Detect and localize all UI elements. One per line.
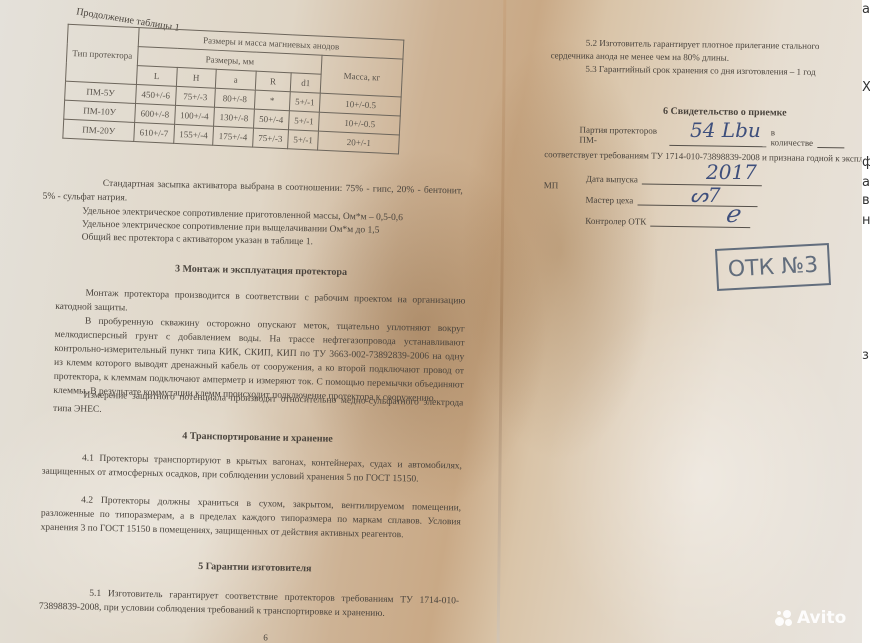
cell-a: 175+/-4 <box>213 126 253 147</box>
otk-signature: ℯ <box>725 200 739 228</box>
document-photo: Продолжение таблицы 1 Тип протектора Раз… <box>0 0 870 643</box>
quantity-label: в количестве <box>771 127 815 148</box>
cell-L: 600+/-8 <box>135 104 175 125</box>
cell-mass: 20+/-1 <box>318 131 400 154</box>
cell-R: 50+/-4 <box>253 109 289 130</box>
col-a: a <box>216 69 256 90</box>
strip-glyph: в <box>862 193 870 208</box>
col-R: R <box>255 71 291 92</box>
batch-handwriting: 54 Lbu <box>690 118 761 142</box>
cell-R: 75+/-3 <box>252 128 288 149</box>
background-page-strip: а Х ф а в н з <box>862 0 870 643</box>
release-date-handwriting: 2017 <box>706 160 757 184</box>
cell-H: 100+/-4 <box>174 105 214 126</box>
anode-spec-table: Тип протектора Размеры и масса магниевых… <box>62 24 404 155</box>
col-H: H <box>176 67 216 88</box>
conformity-text: соответствует требованиям ТУ 1714-010-73… <box>544 148 864 165</box>
mp-text: МП <box>544 180 559 190</box>
shop-master-signature: ᔕ7 <box>690 183 721 207</box>
avito-logo-icon <box>773 609 793 627</box>
right-page: 5.2 Изготовитель гарантирует плотное при… <box>497 0 846 643</box>
left-page: Продолжение таблицы 1 Тип протектора Раз… <box>0 0 507 643</box>
section5-title: 5 Гарантии изготовителя <box>55 558 455 577</box>
otk-controller-label: Контролер ОТК <box>585 216 646 227</box>
otk-stamp: ОТК №3 <box>715 243 831 291</box>
section5-p1: 5.1 Изготовитель гарантирует соответстви… <box>39 586 459 623</box>
section4-title: 4 Транспортирование и хранение <box>57 428 457 447</box>
col-L: L <box>136 66 176 87</box>
section4-p2: 4.2 Протекторы должны храниться в сухом,… <box>40 493 461 544</box>
cell-a: 80+/-8 <box>215 88 255 109</box>
section3-title: 3 Монтаж и эксплуатация протектора <box>61 261 461 280</box>
mp-label: МП <box>544 180 559 190</box>
cell-d1: 5+/-1 <box>287 130 318 150</box>
cell-L: 610+/-7 <box>134 122 174 143</box>
avito-text: Avito <box>797 608 846 628</box>
cell-d1: 5+/-1 <box>289 92 320 112</box>
strip-glyph: а <box>862 175 870 190</box>
header-type: Тип протектора <box>66 24 140 84</box>
cell-R: * <box>254 90 290 111</box>
clause-5-3: 5.3 Гарантийный срок хранения со дня изг… <box>585 63 845 80</box>
strip-glyph: з <box>862 348 869 363</box>
avito-watermark: Avito <box>773 608 846 628</box>
release-date-label: Дата выпуска <box>586 174 638 185</box>
header-mass: Масса, кг <box>321 55 404 97</box>
strip-glyph: н <box>862 213 870 228</box>
section4-p1: 4.1 Протекторы транспортируют в крытых в… <box>42 451 462 488</box>
shop-master-label: Мастер цеха <box>586 195 634 206</box>
strip-glyph: Х <box>862 80 870 95</box>
cell-H: 155+/-4 <box>173 124 213 145</box>
batch-label: Партия протекторов ПМ- <box>579 125 665 146</box>
cell-a: 130+/-8 <box>214 107 254 128</box>
strip-glyph: а <box>862 2 870 17</box>
cell-type: ПМ-20У <box>63 119 135 141</box>
page-number: 6 <box>263 632 268 642</box>
quantity-field <box>818 135 845 148</box>
cell-L: 450+/-6 <box>136 85 176 106</box>
cell-d1: 5+/-1 <box>288 111 319 131</box>
col-d1: d1 <box>290 73 321 93</box>
cell-H: 75+/-3 <box>175 86 215 107</box>
strip-glyph: ф <box>862 155 870 170</box>
